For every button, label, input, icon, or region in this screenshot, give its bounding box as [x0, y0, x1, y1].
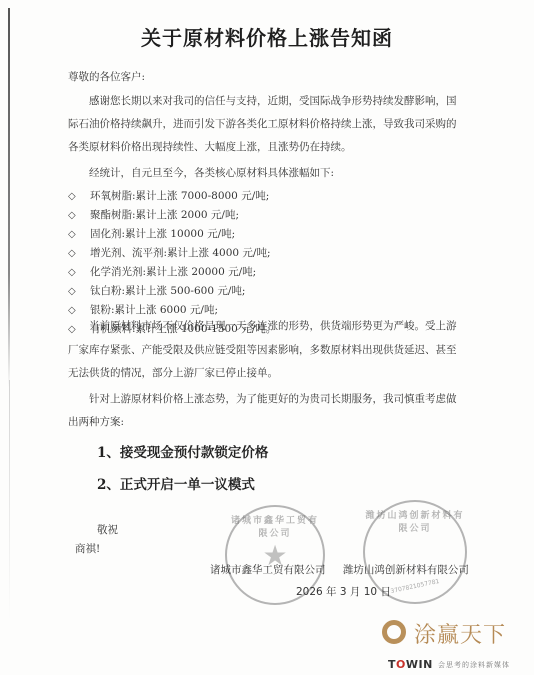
list-item: ◇银粉:累计上涨 6000 元/吨;: [68, 301, 276, 320]
towin-logo-icon: [382, 620, 406, 644]
option-2: 2、正式开启一单一议模式: [97, 473, 255, 493]
list-item-text: 增光剂、流平剂:累计上涨 4000 元/吨;: [90, 244, 271, 263]
list-item-text: 环氧树脂:累计上涨 7000-8000 元/吨;: [90, 187, 269, 206]
list-item-text: 聚酯树脂:累计上涨 2000 元/吨;: [90, 206, 239, 225]
diamond-bullet-icon: ◇: [68, 225, 90, 244]
logo-en-o: O: [396, 658, 406, 671]
logo-brand-cn: 涂赢天下: [414, 618, 506, 649]
paragraph-3-line-3: 无法供货的情况，部分上游厂家已停止接单。: [68, 366, 278, 380]
seal-ring-text: 诸城市鑫华工贸有限公司: [227, 513, 323, 539]
list-item: ◇增光剂、流平剂:累计上涨 4000 元/吨;: [68, 244, 276, 263]
document-date: 2026 年 3 月 10 日: [296, 585, 391, 599]
diamond-bullet-icon: ◇: [68, 320, 90, 339]
list-item: ◇化学消光剂:累计上涨 20000 元/吨;: [68, 263, 276, 282]
list-item: ◇固化剂:累计上涨 10000 元/吨;: [68, 225, 276, 244]
logo-brand-en: TOWIN: [388, 658, 433, 671]
diamond-bullet-icon: ◇: [68, 282, 90, 301]
signer-1: 诸城市鑫华工贸有限公司: [210, 564, 326, 576]
list-item-text: 钛白粉:累计上涨 500-600 元/吨;: [90, 282, 245, 301]
page-edge-shadow: [8, 8, 10, 388]
price-increase-list: ◇环氧树脂:累计上涨 7000-8000 元/吨; ◇聚酯树脂:累计上涨 200…: [68, 187, 276, 339]
list-item-text: 银粉:累计上涨 6000 元/吨;: [90, 301, 218, 320]
paragraph-4-line-2: 出两种方案:: [68, 415, 124, 429]
salutation: 尊敬的各位客户:: [68, 70, 145, 84]
logo-en-prefix: T: [388, 658, 396, 671]
towin-watermark-logo: 涂赢天下 TOWIN 会思考的涂料新媒体: [380, 618, 530, 674]
paragraph-4-line-1: 针对上游原材料价格上涨态势，为了能更好的为贵司长期服务，我司慎重考虑做: [89, 392, 457, 406]
list-item: ◇钛白粉:累计上涨 500-600 元/吨;: [68, 282, 276, 301]
paragraph-3-line-2: 厂家库存紧张、产能受限及供应链受阻等因素影响，多数原材料出现供货延迟、甚至: [68, 343, 457, 357]
paragraph-2: 经统计，自元旦至今，各类核心原材料具体涨幅如下:: [89, 166, 334, 180]
diamond-bullet-icon: ◇: [68, 263, 90, 282]
paragraph-1-line-3: 各类原材料价格出现持续性、大幅度上涨，且涨势仍在持续。: [68, 140, 352, 154]
diamond-bullet-icon: ◇: [68, 187, 90, 206]
logo-tagline: 会思考的涂料新媒体: [438, 660, 510, 670]
logo-en-suffix: WIN: [406, 658, 433, 671]
paragraph-1-line-2: 际石油价格持续飙升，进而引发下游各类化工原材料价格持续上涨，导致我司采购的: [68, 117, 457, 131]
diamond-bullet-icon: ◇: [68, 301, 90, 320]
closing-line-1: 敬祝: [97, 523, 118, 537]
paragraph-1-line-1: 感谢您长期以来对我司的信任与支持，近期，受国际战争形势持续发酵影响，国: [89, 94, 457, 108]
signers: 诸城市鑫华工贸有限公司 潍坊山鸿创新材料有限公司: [210, 563, 483, 577]
diamond-bullet-icon: ◇: [68, 244, 90, 263]
seal-ring-text: 潍坊山鸿创新材料有限公司: [365, 508, 465, 534]
option-1: 1、接受现金预付款锁定价格: [97, 441, 268, 461]
list-item-text: 化学消光剂:累计上涨 20000 元/吨;: [90, 263, 256, 282]
list-item: ◇聚酯树脂:累计上涨 2000 元/吨;: [68, 206, 276, 225]
closing-line-2: 商祺!: [75, 542, 100, 556]
document-title: 关于原材料价格上涨告知函: [0, 22, 534, 51]
signer-2: 潍坊山鸿创新材料有限公司: [343, 564, 469, 576]
diamond-bullet-icon: ◇: [68, 206, 90, 225]
list-item-text: 固化剂:累计上涨 10000 元/吨;: [90, 225, 235, 244]
list-item: ◇环氧树脂:累计上涨 7000-8000 元/吨;: [68, 187, 276, 206]
paragraph-3-line-1: 当前原材料市场不仅价格呈现一天多连涨的形势，供货端形势更为严峻。受上游: [89, 319, 457, 333]
page-edge-shadow-lower: [9, 380, 10, 620]
